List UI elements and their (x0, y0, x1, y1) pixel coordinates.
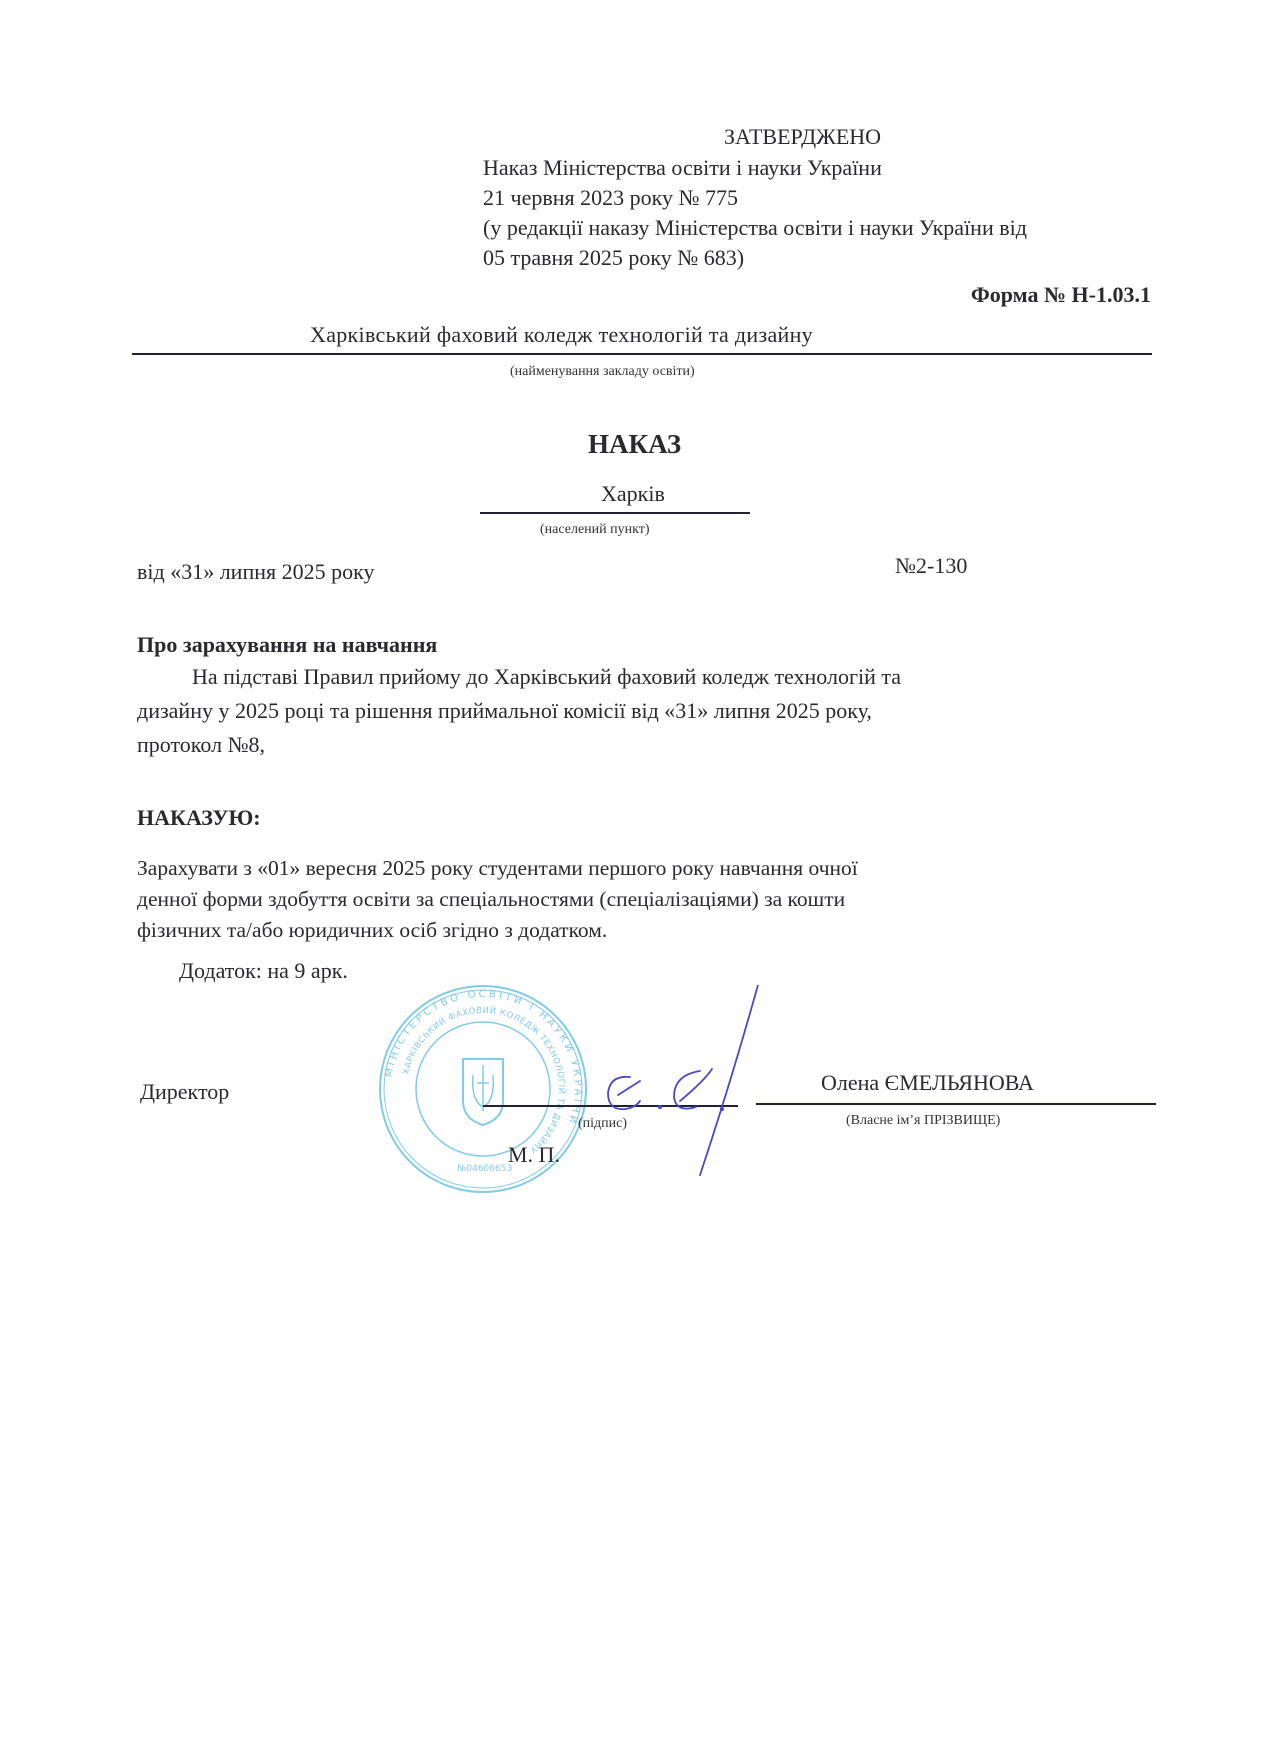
directive-line: фізичних та/або юридичних осіб згідно з … (137, 917, 607, 943)
signer-position: Директор (140, 1079, 229, 1105)
form-number: Форма № Н-1.03.1 (971, 282, 1151, 308)
signer-name: Олена ЄМЕЛЬЯНОВА (821, 1070, 1034, 1096)
seal-mark: М. П. (508, 1142, 560, 1168)
directive-line: денної форми здобуття освіти за спеціаль… (137, 886, 845, 912)
order-date: від «31» липня 2025 року (137, 559, 375, 585)
city-caption: (населений пункт) (540, 522, 650, 538)
svg-text:№04606653: №04606653 (457, 1164, 512, 1174)
institution-underline (132, 353, 1152, 355)
order-title: НАКАЗ (588, 428, 681, 460)
institution-caption: (найменування закладу освіти) (510, 364, 695, 380)
approval-title: ЗАТВЕРДЖЕНО (724, 124, 881, 150)
city-underline (480, 512, 750, 514)
order-city: Харків (601, 481, 665, 507)
name-underline (756, 1103, 1156, 1105)
handwritten-signature (580, 985, 780, 1185)
attachment-note: Додаток: на 9 арк. (179, 958, 348, 984)
order-number: №2-130 (895, 553, 967, 579)
approval-line: (у редакції наказу Міністерства освіти і… (483, 215, 1027, 241)
preamble-line: протокол №8, (137, 732, 265, 758)
approval-line: Наказ Міністерства освіти і науки Україн… (483, 155, 882, 181)
directive-heading: НАКАЗУЮ: (137, 805, 261, 831)
preamble-line: дизайну у 2025 році та рішення приймальн… (137, 698, 872, 724)
svg-text:ХАРКІВСЬКИЙ ФАХОВИЙ КОЛЕДЖ ТЕХ: ХАРКІВСЬКИЙ ФАХОВИЙ КОЛЕДЖ ТЕХНОЛОГІЙ ТА… (401, 1004, 568, 1155)
name-caption: (Власне ім’я ПРІЗВИЩЕ) (846, 1113, 1000, 1129)
approval-line: 21 червня 2023 року № 775 (483, 185, 738, 211)
order-subject: Про зарахування на навчання (137, 632, 437, 658)
preamble-line: На підставі Правил прийому до Харківськи… (192, 664, 901, 690)
directive-line: Зарахувати з «01» вересня 2025 року студ… (137, 855, 858, 881)
institution-name: Харківський фаховий коледж технологій та… (310, 322, 813, 348)
approval-line: 05 травня 2025 року № 683) (483, 245, 744, 271)
